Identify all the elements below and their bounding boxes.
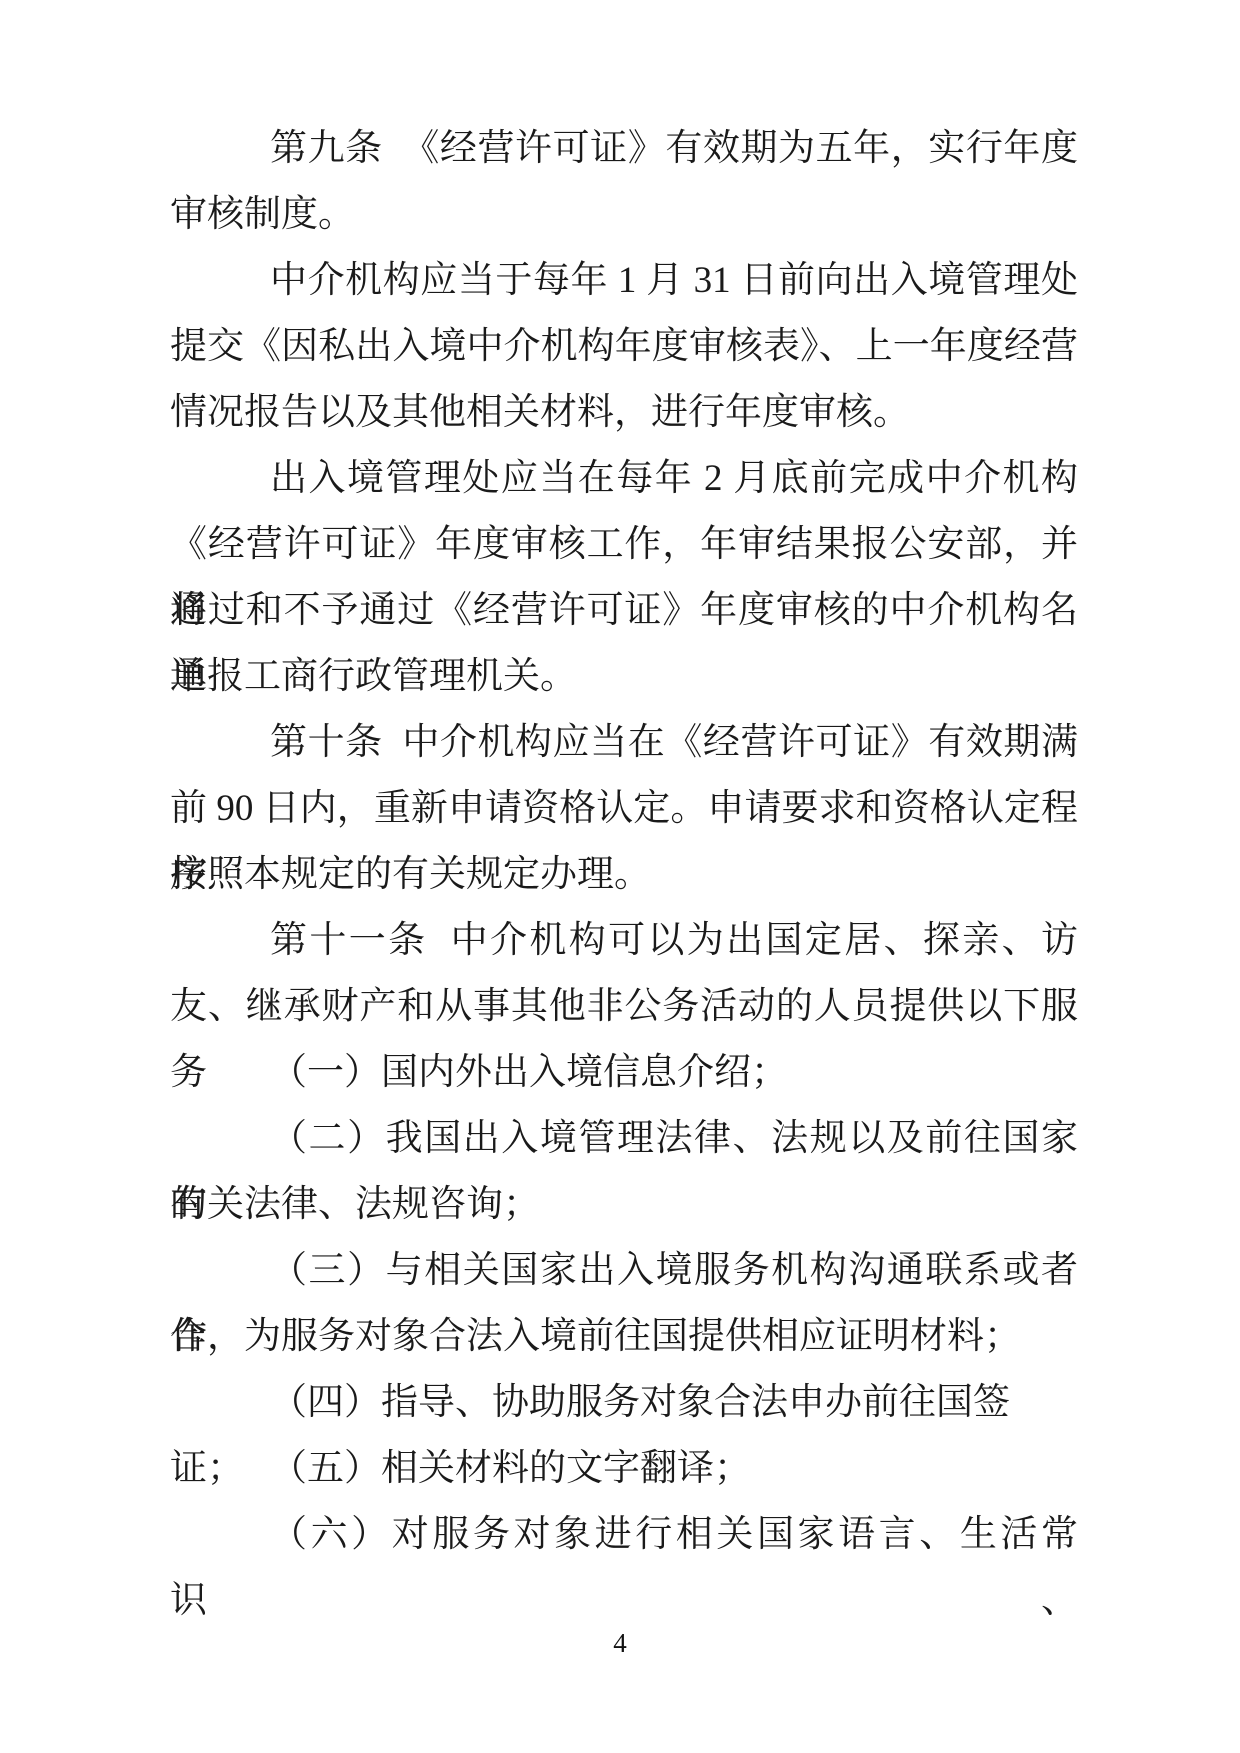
text-line: 第十条 中介机构应当在《经营许可证》有效期满 xyxy=(170,710,1078,776)
text-line: 第九条 《经营许可证》有效期为五年，实行年度 xyxy=(170,116,1078,182)
text-line: 提交《因私出入境中介机构年度审核表》、上一年度经营 xyxy=(170,314,1078,380)
text-line: 友、继承财产和从事其他非公务活动的人员提供以下服务 xyxy=(170,974,1078,1040)
text-line: （四）指导、协助服务对象合法申办前往国签证； xyxy=(170,1370,1078,1436)
text-line: 前 90 日内，重新申请资格认定。申请要求和资格认定程序 xyxy=(170,776,1078,842)
text-line: 通过和不予通过《经营许可证》年度审核的中介机构名单 xyxy=(170,578,1078,644)
text-line: （五）相关材料的文字翻译； xyxy=(170,1436,1078,1502)
text-line: 出入境管理处应当在每年 2 月底前完成中介机构 xyxy=(170,446,1078,512)
document-body-text: 第九条 《经营许可证》有效期为五年，实行年度审核制度。中介机构应当于每年 1 月… xyxy=(170,116,1078,1568)
text-line: 按照本规定的有关规定办理。 xyxy=(170,842,1078,908)
text-line: 审核制度。 xyxy=(170,182,1078,248)
text-line: 通报工商行政管理机关。 xyxy=(170,644,1078,710)
text-line: 第十一条 中介机构可以为出国定居、探亲、访 xyxy=(170,908,1078,974)
text-line: 有关法律、法规咨询； xyxy=(170,1172,1078,1238)
text-line: 作，为服务对象合法入境前往国提供相应证明材料； xyxy=(170,1304,1078,1370)
document-page: 第九条 《经营许可证》有效期为五年，实行年度审核制度。中介机构应当于每年 1 月… xyxy=(0,0,1240,1753)
text-line: 中介机构应当于每年 1 月 31 日前向出入境管理处 xyxy=(170,248,1078,314)
text-line: （三）与相关国家出入境服务机构沟通联系或者合 xyxy=(170,1238,1078,1304)
text-line: 《经营许可证》年度审核工作，年审结果报公安部，并将 xyxy=(170,512,1078,578)
page-number: 4 xyxy=(0,1628,1240,1659)
text-line: （六）对服务对象进行相关国家语言、生活常识、 xyxy=(170,1502,1078,1568)
text-line: （二）我国出入境管理法律、法规以及前往国家的 xyxy=(170,1106,1078,1172)
text-line: （一）国内外出入境信息介绍； xyxy=(170,1040,1078,1106)
text-line: 情况报告以及其他相关材料，进行年度审核。 xyxy=(170,380,1078,446)
